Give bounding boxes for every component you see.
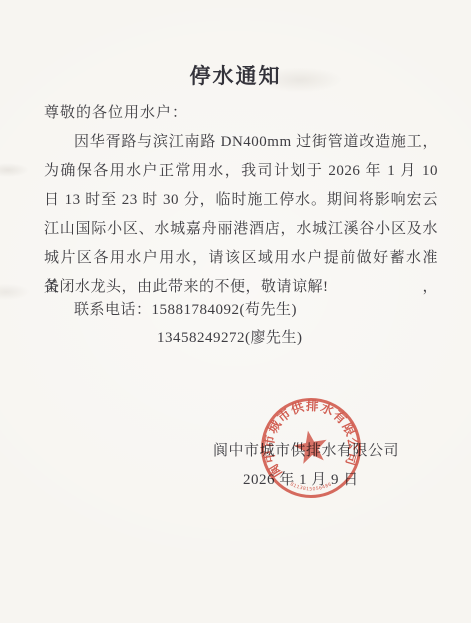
body-line: 为确保各用水户正常用水，我司计划于 2026 年 1 月 10 bbox=[44, 157, 438, 186]
body-line: 因华胥路与滨江南路 DN400mm 过街管道改造施工， bbox=[44, 128, 438, 157]
phone-number-2: 13458249272(廖先生) bbox=[157, 330, 303, 346]
notice-date: 2026 年 1 月 9 日 bbox=[243, 468, 359, 489]
notice-title: 停水通知 bbox=[0, 60, 471, 90]
company-signature: 阆中市城市供排水有限公司 bbox=[213, 439, 399, 460]
contact-label: 联系电话： bbox=[74, 302, 152, 318]
phone-number-1: 15881784092(苟先生) bbox=[152, 302, 298, 318]
contact-line-1: 联系电话：15881784092(苟先生) bbox=[44, 296, 438, 325]
salutation: 尊敬的各位用水户： bbox=[44, 101, 188, 122]
notice-body: 因华胥路与滨江南路 DN400mm 过街管道改造施工， 为确保各用水户正常用水，… bbox=[44, 128, 438, 302]
body-line: 江山国际小区、水城嘉舟丽港酒店，水城江溪谷小区及水 bbox=[44, 215, 438, 244]
scanned-notice-page: 停水通知 尊敬的各位用水户： 因华胥路与滨江南路 DN400mm 过街管道改造施… bbox=[0, 0, 471, 623]
body-line: 日 13 时至 23 时 30 分，临时施工停水。期间将影响宏云 bbox=[44, 186, 438, 215]
contact-line-2: 13458249272(廖先生) bbox=[44, 324, 438, 353]
body-line: 城片区各用水户用水，请该区域用水户提前做好蓄水准备， bbox=[44, 244, 438, 273]
